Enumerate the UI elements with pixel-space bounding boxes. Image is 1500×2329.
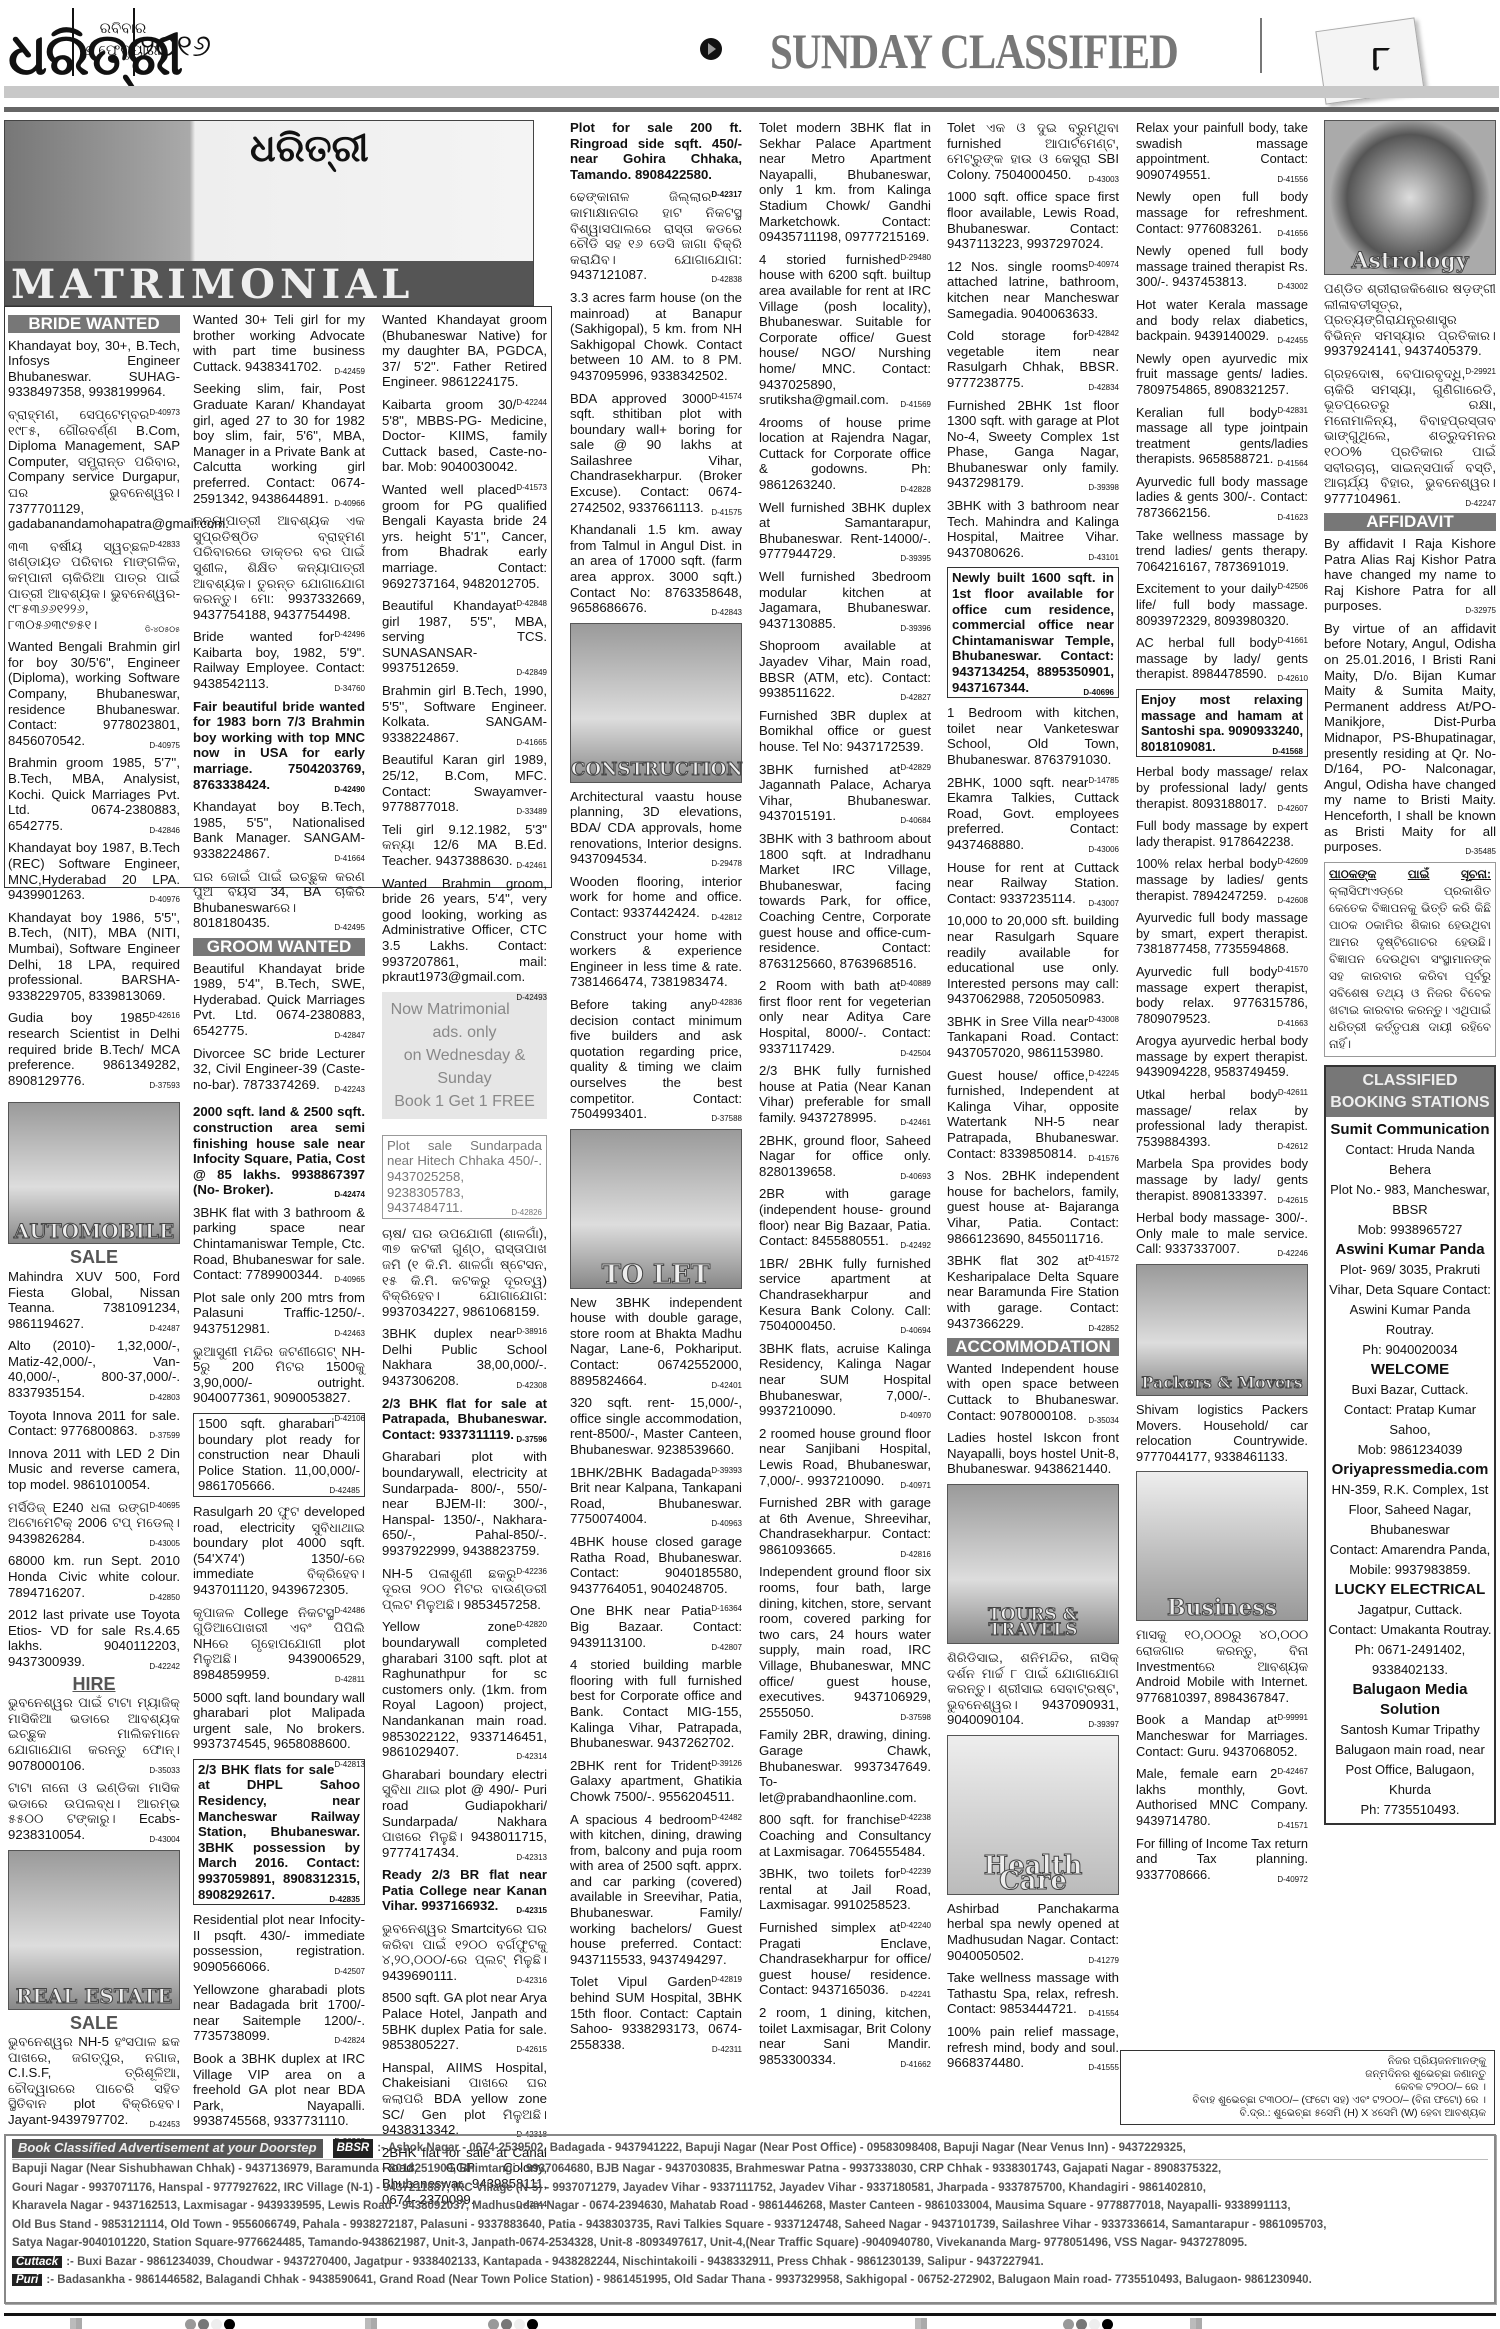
ad-id: D-42245 — [1088, 1066, 1119, 1082]
classified-ad: 3BHK flats, acruise Kalinga Residency, K… — [759, 1341, 931, 1419]
station-name: Balugaon Media Solution — [1328, 1680, 1492, 1720]
ad-id: D-42240 — [900, 1918, 931, 1934]
ad-text: Arogya ayurvedic herbal body massage by … — [1136, 1033, 1308, 1079]
ad-id: D-41572 — [1088, 1251, 1119, 1267]
ad-id: D-29921 — [1465, 364, 1496, 380]
classified-ad: Ready 2/3 BR flat near Patia College nea… — [382, 1867, 547, 1914]
classified-ad: Hanspal, AIIMS Hospital, Chakeisiani ପାଖ… — [382, 2060, 547, 2138]
classified-ad: Hot water Kerala massage and body relax … — [1136, 297, 1308, 344]
station-name: LUCKY ELECTRICAL — [1328, 1580, 1492, 1600]
ad-id: D-42315 — [516, 1903, 547, 1919]
station-detail: Mobile: 9937983859. — [1328, 1560, 1492, 1580]
classified-ad: 4 storied building marble flooring with … — [570, 1657, 742, 1751]
ad-id: ଡି-୪୦୫୦୫ — [145, 622, 180, 638]
classified-ad: Independent ground floor six rooms, four… — [759, 1564, 931, 1720]
ad-text: Architectural vaastu house planning, 3D … — [570, 789, 742, 866]
classified-ad: 2/3 BHK flats for sale at DHPL Sahoo Res… — [193, 1759, 365, 1905]
ad-id: D-42819 — [711, 1972, 742, 1988]
ad-id: D-42838 — [711, 272, 742, 288]
play-arrow-icon — [700, 38, 722, 60]
hire-heading: HIRE — [8, 1677, 180, 1693]
ad-id: D-41573 — [516, 480, 547, 496]
station-detail: Balugaon main road, near Post Office, Ba… — [1328, 1740, 1492, 1800]
classified-ad: ଭୁବନେଶ୍ୱର NH-5 ହଂସପାଳ ଛକ ପାଖରେ, ଜଗତ୍ପୁର,… — [8, 2034, 180, 2128]
ad-text: କନ୍ୟାପାତ୍ରୀ ଆବଶ୍ୟକ ଏକ ସୁପ୍ରତିଷ୍ଠିତ ବ୍ରାହ… — [193, 513, 365, 622]
station-detail: Contact: Pratap Kumar Sahoo, — [1328, 1400, 1492, 1440]
classified-ad: By virtue of an affidavit before Notary,… — [1324, 621, 1496, 855]
classified-ad: Teli girl 9.12.1982, 5'3" କନ୍ୟା 12/6 MA … — [382, 822, 547, 869]
ad-id: D-43003 — [1088, 172, 1119, 188]
astrology-image: Astrology — [1324, 120, 1496, 275]
classified-ad: ଗ୍ରହଦୋଷ, ବେପାରବୃଦ୍ଧି, ଚାକିରି ସମସ୍ୟା, ଗୁଣ… — [1324, 366, 1496, 506]
classified-ad: Gharabari boundary electri ସୁବିଧା ଥାଇ pl… — [382, 1767, 547, 1861]
ad-id: D-42490 — [334, 782, 365, 798]
classified-ad: Ayurvedic full body massage ladies & gen… — [1136, 474, 1308, 521]
ad-id: D-42812 — [711, 910, 742, 926]
classified-ad: 3BHK flat with 3 bathroom & parking spac… — [193, 1205, 365, 1283]
ad-id: D-40696 — [1083, 685, 1114, 701]
classified-ad: Shoproom available at Jayadev Vihar, Mai… — [759, 638, 931, 700]
ad-id: D-39395 — [900, 551, 931, 567]
ad-id: D-42455 — [1277, 333, 1308, 349]
decor-square-icon — [1190, 2318, 1202, 2329]
ad-text: Family 2BR, drawing, dining. Garage Chaw… — [759, 1727, 931, 1804]
greetings-note: ନିଜର ପ୍ରିୟଜନମାନଙ୍କୁ ଜନ୍ମଦିନର ଶୁଭେଚ୍ଛା ଜଣ… — [1120, 2050, 1495, 2125]
ad-text: 3 Nos. 2BHK independent house for bachel… — [947, 1168, 1119, 1245]
ad-text: Newly open ayurvedic mix fruit massage g… — [1136, 351, 1308, 397]
column-8: Astrology ପଣ୍ଡିତ ଶ୍ରୀରାଜକିଶୋର ଷଡ଼ଙ୍ଗୀ ଲୀ… — [1324, 120, 1496, 1825]
ad-text: Fair beautiful bride wanted for 1983 bor… — [193, 699, 365, 792]
classified-ad: Ayurvedic full body massage by smart, ex… — [1136, 910, 1308, 957]
ad-id: D-42461 — [900, 1115, 931, 1131]
ad-id: D-42824 — [334, 2033, 365, 2049]
classified-ad: 5000 sqft. land boundary wall gharabari … — [193, 1690, 365, 1752]
classified-ad: Architectural vaastu house planning, 3D … — [570, 789, 742, 867]
classified-ad: Khandayat boy 1986, 5'5'', B.Tech, (NIT)… — [8, 910, 180, 1004]
decor-square-icon — [915, 2318, 927, 2329]
ad-text: Khandayat boy, 30+, B.Tech, Infosys Engi… — [8, 338, 180, 400]
classified-ad: 4BHK house closed garage Ratha Road, Bhu… — [570, 1534, 742, 1596]
banner-label: MATRIMONIAL — [5, 261, 533, 305]
ad-id: D-42314 — [516, 1749, 547, 1765]
classified-ad: Newly opened full body massage trained t… — [1136, 243, 1308, 290]
ad-id: D-42243 — [334, 1082, 365, 1098]
ad-id: D-41555 — [1088, 2060, 1119, 2076]
classified-ad: Newly open ayurvedic mix fruit massage g… — [1136, 351, 1308, 398]
classified-ad: Full body massage by expert lady therapi… — [1136, 818, 1308, 849]
classified-ad: 2000 sqft. land & 2500 sqft. constructio… — [193, 1104, 365, 1198]
ad-id: D-42842 — [1088, 326, 1119, 342]
ad-id: D-43008 — [1088, 1012, 1119, 1028]
ad-id: D-29478 — [711, 856, 742, 872]
ad-id: D-39397 — [1088, 1717, 1119, 1733]
classified-ad: Residential plot near Infocity-II psqft.… — [193, 1912, 365, 1974]
ad-text: 2/3 BHK flats for sale at DHPL Sahoo Res… — [198, 1762, 360, 1902]
ad-id: D-42461 — [516, 858, 547, 874]
ad-text: 4BHK house closed garage Ratha Road, Bhu… — [570, 1534, 742, 1596]
ad-id: D-41665 — [516, 735, 547, 751]
column-4: Plot for sale 200 ft. Ringroad side sqft… — [570, 120, 742, 2059]
classified-ad: ଢେଙ୍କାନାଳ ଜିଲ୍ଲାର କାମାକ୍ଷାନଗର ହାଟ ନିକଟସ୍… — [570, 189, 742, 283]
ad-id: D-42492 — [900, 1238, 931, 1254]
classified-ad: Khandayat boy, 30+, B.Tech, Infosys Engi… — [8, 338, 180, 400]
ad-id: D-40695 — [149, 1498, 180, 1514]
classified-ad: Fair beautiful bride wanted for 1983 bor… — [193, 699, 365, 793]
ad-id: D-41574 — [711, 389, 742, 405]
banner-brand: ଧରିତ୍ରୀ — [250, 125, 369, 171]
classified-ad: Construct your home with workers & exper… — [570, 928, 742, 990]
classified-ad: Book a 3BHK duplex at IRC Village VIP ar… — [193, 2051, 365, 2129]
ad-id: D-42486 — [334, 1603, 365, 1619]
divider — [133, 8, 135, 76]
booking-stations-heading: CLASSIFIED BOOKING STATIONS — [1326, 1067, 1494, 1117]
ad-id: D-42467 — [1277, 1764, 1308, 1780]
ad-id: D-42852 — [1088, 1321, 1119, 1337]
classified-ad: Mahindra XUV 500, Ford Fiesta Global, Ni… — [8, 1269, 180, 1331]
ad-id: D-40889 — [900, 976, 931, 992]
station-detail: Contact: Umakanta Routray. Ph: 0671-2491… — [1328, 1620, 1492, 1680]
ad-text: Guest house/ office, furnished, Independ… — [947, 1068, 1119, 1161]
ad-text: Gharabari boundary electri ସୁବିଧା ଥାଇ pl… — [382, 1767, 547, 1860]
ad-text: Shivam logistics Packers Movers. Househo… — [1136, 1402, 1308, 1464]
ad-text: Gharabari plot with boundarywall, electr… — [382, 1449, 547, 1558]
ad-id: D-40963 — [711, 1516, 742, 1532]
ad-id: D-35033 — [149, 1763, 180, 1779]
classified-ad: 3BHK with 3 bathroom near Tech. Mahindra… — [947, 498, 1119, 560]
ad-id: D-42829 — [900, 760, 931, 776]
ad-id: D-16364 — [711, 1601, 742, 1617]
ad-id: D-43006 — [1088, 842, 1119, 858]
ad-id: D-42610 — [1277, 671, 1308, 687]
classified-ad: Furnished 2BR with garage at 6th Avenue,… — [759, 1495, 931, 1557]
ad-id: D-41564 — [1277, 456, 1308, 472]
ad-text: ପଣ୍ଡିତ ଶ୍ରୀରାଜକିଶୋର ଷଡ଼ଙ୍ଗୀ ଲୀଳାବତୀସୂତ୍ର… — [1324, 281, 1496, 358]
year: ୨୦୧୬ — [140, 30, 211, 64]
ad-id: D-42607 — [1277, 801, 1308, 817]
footer-line: Ashok Nagar - 0674-2539502, Badagada - 9… — [388, 2139, 1186, 2158]
ad-id: D-37593 — [149, 1078, 180, 1094]
classified-ad: ଚାଷ/ ଘର ଉପଯୋଗୀ (ଶାଳଗାଁ), ୩୭ କଟକୀ ଗୁଣ୍ଠ, … — [382, 1226, 547, 1320]
ad-id: D-40684 — [900, 813, 931, 829]
ad-text: 3BHK with 3 bathroom about 1800 sqft. at… — [759, 831, 931, 971]
decor-square-icon — [70, 2318, 82, 2329]
ad-text: ଗ୍ରହଦୋଷ, ବେପାରବୃଦ୍ଧି, ଚାକିରି ସମସ୍ୟା, ଗୁଣ… — [1324, 366, 1496, 506]
column-1: BRIDE WANTED Khandayat boy, 30+, B.Tech,… — [8, 312, 180, 2135]
ad-id: D-42816 — [900, 1547, 931, 1563]
ad-id: D-42308 — [516, 1378, 547, 1394]
ad-text: 4 storied building marble flooring with … — [570, 1657, 742, 1750]
ad-id: D-38916 — [516, 1324, 547, 1340]
ad-id: D-42612 — [1277, 1139, 1308, 1155]
classified-ad: Ladies hostel Iskcon front Nayapalli, bo… — [947, 1430, 1119, 1477]
ad-text: 1500 sqft. gharabari boundary plot ready… — [198, 1416, 360, 1493]
automobile-image: AUTOMOBILE — [8, 1102, 180, 1244]
ad-id: D-42244 — [516, 395, 547, 411]
classified-ad: Divorcee SC bride Lecturer 32, Civil Eng… — [193, 1046, 365, 1093]
classified-ad: Furnished 3BR duplex at Bomikhal office … — [759, 708, 931, 755]
ad-text: ୩୩ ବର୍ଷୀୟ ସ୍ୱଚ୍ଛଳ ଖଣ୍ଡାୟତ ପରିବାର ମାଙ୍ଗଳି… — [8, 539, 180, 632]
classified-ad: 2/3 BHK fully furnished house at Patia (… — [759, 1063, 931, 1125]
classified-ad: BDA approved 3000 sqft. sthitiban plot w… — [570, 391, 742, 516]
matrimonial-promo: Now Matrimonial ads. only on Wednesday &… — [382, 992, 547, 1119]
classified-ad: 10,000 to 20,000 sft. building near Rasu… — [947, 913, 1119, 1007]
ad-id: D-42463 — [334, 1326, 365, 1342]
ad-id: D-42496 — [334, 627, 365, 643]
ad-text: Wanted Brahmin groom, bride 26 years, 5'… — [382, 876, 547, 985]
ad-text: Tolet modern 3BHK flat in Sekhar Palace … — [759, 120, 931, 244]
classified-ad: ପଣ୍ଡିତ ଶ୍ରୀରାଜକିଶୋର ଷଡ଼ଙ୍ଗୀ ଲୀଳାବତୀସୂତ୍ର… — [1324, 281, 1496, 359]
classified-ad: ଘର ଜୋଇଁ ପାଇଁ ଇଚ୍ଛୁକ କରଣ ପୁଅ ବୟସ 34, BA ଚ… — [193, 869, 365, 931]
ad-text: Take wellness massage by trend ladies/ g… — [1136, 528, 1308, 574]
ad-id: D-42813 — [334, 1757, 365, 1773]
ad-text: Plot sale Sundarpada near Hitech Chhaka … — [387, 1138, 542, 1215]
station-detail: HN-359, R.K. Complex, 1st Floor, Saheed … — [1328, 1480, 1492, 1540]
ad-id: D-42239 — [900, 1864, 931, 1880]
ad-id: D-42846 — [149, 823, 180, 839]
classified-ad: Seeking slim, fair, Post Graduate Karan/… — [193, 381, 365, 506]
business-image: Business — [1136, 1471, 1308, 1621]
ad-text: By virtue of an affidavit before Notary,… — [1324, 621, 1496, 854]
station-detail: Mob: 9938965727 — [1328, 1220, 1492, 1240]
ad-id: D-42850 — [149, 1590, 180, 1606]
classified-ad: By affidavit I Raja Kishore Patra Alias … — [1324, 536, 1496, 614]
station-detail: Contact: Amarendra Panda, — [1328, 1540, 1492, 1560]
ad-id: D-40971 — [900, 1478, 931, 1494]
station-name: Oriyapressmedia.com — [1328, 1460, 1492, 1480]
ad-id: D-41575 — [711, 505, 742, 521]
classified-ad: Khandayat boy B.Tech, 1985, 5'5", Nation… — [193, 799, 365, 861]
notice-text: କ୍ଲାସିଫାଏଡ୍‌ରେ ପ୍ରକାଶିତ କେତେକ ବିଜ୍ଞାପନକୁ… — [1329, 883, 1491, 1053]
column-6: Tolet ଏକ ଓ ଦୁଇ ବ୍ରୁମ୍‌ଥିବା furnished ଆପା… — [947, 120, 1119, 2078]
classified-ad: Plot for sale 200 ft. Ringroad side sqft… — [570, 120, 742, 182]
ad-text: ମାସକୁ ୧୦,୦୦୦ରୁ ୪୦,୦୦୦ ରୋଜଗାର କରନ୍ତୁ, ବିନ… — [1136, 1627, 1308, 1704]
booking-stations: CLASSIFIED BOOKING STATIONS Sumit Commun… — [1324, 1065, 1496, 1825]
book-label: Book Classified Advertisement at your Do… — [12, 2139, 323, 2158]
ad-id: D-40972 — [1277, 1872, 1308, 1888]
classified-ad: ଟାଟା ନାନୋ ଓ ଇଣ୍ଡିକା ମାସିକ ଭଡାରେ ଉପଲବ୍ଧ। … — [8, 1780, 180, 1842]
classified-ad: 1BR/ 2BHK fully furnished service apartm… — [759, 1256, 931, 1334]
ad-id: D-42238 — [900, 1810, 931, 1826]
to-let-image: TO LET — [570, 1129, 742, 1289]
ad-text: ଭୁଆସୁଣୀ ମନ୍ଦିର ଜଟଣୀଗେଟ୍ NH-5ରୁ 200 ମିଟର … — [193, 1344, 365, 1406]
classified-ad: Brahmin groom 1985, 5'7'', B.Tech, MBA, … — [8, 755, 180, 833]
ad-id: D-41554 — [1088, 2006, 1119, 2022]
classified-ad: Wanted Brahmin groom, bride 26 years, 5'… — [382, 876, 547, 985]
classified-ad: Yellowzone gharabadi plots near Badagada… — [193, 1982, 365, 2044]
ad-id: D-42485 — [329, 1483, 360, 1499]
classified-ad: Wooden flooring, interior work for home … — [570, 874, 742, 921]
ad-id: D-40974 — [1088, 257, 1119, 273]
ad-id: D-35485 — [1465, 844, 1496, 860]
ad-text: By affidavit I Raja Kishore Patra Alias … — [1324, 536, 1496, 613]
classified-ad: Well furnished 3BHK duplex at Samantarap… — [759, 500, 931, 562]
ad-text: Yellow zone boundarywall completed ghara… — [382, 1619, 547, 1759]
accommodation-heading: ACCOMMODATION — [947, 1338, 1119, 1356]
tours-travels-image: TOURS & TRAVELS — [947, 1484, 1119, 1644]
real-estate-image: REAL ESTATE — [8, 1850, 180, 2010]
ad-text: Rasulgarh 20 ଫୁଟ developed road, electri… — [193, 1504, 365, 1597]
ad-id: D-42820 — [516, 1617, 547, 1633]
classified-ad: 320 sqft. rent- 15,000/-, office single … — [570, 1395, 742, 1457]
column-7: Relax your painfull body, take swadish m… — [1136, 120, 1308, 1889]
ad-id: D-40965 — [334, 1272, 365, 1288]
ad-id: D-40973 — [149, 405, 180, 421]
classified-ad: ଭୁବନେଶ୍ୱର Smartcityରେ ଘର କରିବା ପାଇଁ ୧୨୦୦… — [382, 1921, 547, 1983]
ad-id: D-39396 — [900, 621, 931, 637]
ad-text: Hanspal, AIIMS Hospital, Chakeisiani ପାଖ… — [382, 2060, 547, 2137]
station-detail: Santosh Kumar Tripathy — [1328, 1720, 1492, 1740]
ad-id: D-42236 — [516, 1564, 547, 1580]
ad-id: D-42849 — [516, 665, 547, 681]
ad-id: D-39126 — [711, 1756, 742, 1772]
ad-text: 3BHK flats, acruise Kalinga Residency, K… — [759, 1341, 931, 1418]
ad-text: 4rooms of house prime location at Rajend… — [759, 415, 931, 492]
ad-id: D-41569 — [900, 397, 931, 413]
classified-ad: Tolet ଏକ ଓ ଦୁଇ ବ୍ରୁମ୍‌ଥିବା furnished ଆପା… — [947, 120, 1119, 182]
ad-text: Full body massage by expert lady therapi… — [1136, 818, 1308, 849]
ad-text: Khandanali 1.5 km. away from Talmul in A… — [570, 522, 742, 615]
ad-text: Furnished 3BR duplex at Bomikhal office … — [759, 708, 931, 754]
ad-id: D-42495 — [334, 920, 365, 936]
classified-ad: 4rooms of house prime location at Rajend… — [759, 415, 931, 493]
ad-text: Innova 2011 with LED 2 Din Music and rev… — [8, 1446, 180, 1492]
station-detail: Plot No.- 983, Mancheswar, BBSR — [1328, 1180, 1492, 1220]
ad-text: BDA approved 3000 sqft. sthitiban plot w… — [570, 391, 742, 515]
ad-text: Plot for sale 200 ft. Ringroad side sqft… — [570, 120, 742, 182]
ad-id: D-37598 — [900, 1710, 931, 1726]
ad-text: Before taking any decision contact minim… — [570, 997, 742, 1121]
ad-id: D-34760 — [334, 681, 365, 697]
ad-id: D-42811 — [335, 1672, 365, 1688]
classified-ad: Wanted Independent house with open space… — [947, 1361, 1119, 1423]
ad-id: D-42474 — [334, 1187, 365, 1203]
ad-id: D-41623 — [1277, 510, 1308, 526]
ad-id: D-40970 — [900, 1408, 931, 1424]
classified-ad: 68000 km. run Sept. 2010 Honda Civic whi… — [8, 1553, 180, 1600]
ad-id: D-42506 — [1277, 579, 1308, 595]
classified-ad: Wanted Bengali Brahmin girl for boy 30/5… — [8, 639, 180, 748]
classified-ad: House for rent at Cuttack near Railway S… — [947, 860, 1119, 907]
classified-ad: Plot sale Sundarpada near Hitech Chhaka … — [382, 1135, 547, 1219]
ad-id: D-42609 — [1277, 854, 1308, 870]
classified-ad: 1 Bedroom with kitchen, toilet near Vank… — [947, 705, 1119, 767]
station-detail: Contact: Hruda Nanda Behera — [1328, 1140, 1492, 1180]
cuttack-line: Cuttack:- Buxi Bazar - 9861234039, Choud… — [12, 2253, 1488, 2272]
classified-ad: Take wellness massage with Tathastu Spa,… — [947, 1970, 1119, 2017]
classified-ad: Newly built 1600 sqft. in 1st floor avai… — [947, 567, 1119, 698]
ad-text: 4 storied furnished house with 6200 sqft… — [759, 252, 931, 407]
ad-id: D-42843 — [711, 605, 742, 621]
ad-id: D-42833 — [149, 537, 180, 553]
ad-id: D-43101 — [1088, 550, 1119, 566]
ad-id: D-42401 — [711, 1378, 742, 1394]
ad-text: Wanted well placed groom for PG qualifie… — [382, 482, 547, 591]
ad-id: D-42828 — [900, 482, 931, 498]
classified-ad: 2 roomed house ground floor near Sanjiba… — [759, 1426, 931, 1488]
ad-id: D-42616 — [149, 1008, 180, 1024]
ad-text: Brahmin groom 1985, 5'7'', B.Tech, MBA, … — [8, 755, 180, 832]
footer-line: Satya Nagar-9040101220, Station Square-9… — [12, 2234, 1488, 2253]
ad-id: D-37596 — [516, 1432, 547, 1448]
classified-ad: Brahmin girl B.Tech, 1990, 5'5'', Softwa… — [382, 683, 547, 745]
classified-ad: Newly open full body massage for refresh… — [1136, 189, 1308, 236]
ad-id: D-37599 — [149, 1428, 180, 1444]
classified-ad: Rasulgarh 20 ଫୁଟ developed road, electri… — [193, 1504, 365, 1598]
ad-text: 1000 sqft. office space first floor avai… — [947, 189, 1119, 251]
ad-id: D-42453 — [149, 2117, 180, 2133]
station-detail: Ph: 9040020034 — [1328, 1340, 1492, 1360]
page-number: ୮ — [1372, 40, 1390, 79]
decor-dots-icon — [488, 2319, 538, 2329]
ad-text: Wanted Khandayat groom (Bhubaneswar Nati… — [382, 312, 547, 389]
ad-id: D-42313 — [516, 1850, 547, 1866]
ad-id: D-40694 — [900, 1323, 931, 1339]
ad-text: 5000 sqft. land boundary wall gharabari … — [193, 1690, 365, 1752]
ad-text: Book a 3BHK duplex at IRC Village VIP ar… — [193, 2051, 365, 2128]
ad-id: D-41663 — [1277, 1016, 1308, 1032]
classified-ad: 2BR with garage (independent house- grou… — [759, 1186, 931, 1248]
station-name: Sumit Communication — [1328, 1120, 1492, 1140]
ad-text: 1 Bedroom with kitchen, toilet near Vank… — [947, 705, 1119, 767]
ad-id: D-42608 — [1277, 893, 1308, 909]
ad-id: D-42611 — [1278, 1085, 1308, 1101]
ad-id: D-42615 — [1277, 1193, 1308, 1209]
ad-id: D-42803 — [149, 1390, 180, 1406]
column-2: Wanted 30+ Teli girl for my brother work… — [193, 312, 365, 2150]
classified-ad: A spacious 4 bedroom with kitchen, dinin… — [570, 1812, 742, 1968]
ad-text: Ladies hostel Iskcon front Nayapalli, bo… — [947, 1430, 1119, 1476]
ad-id: D-42317 — [711, 187, 742, 203]
station-detail: Jagatpur, Cuttack. — [1328, 1600, 1492, 1620]
classified-ad: Before taking any decision contact minim… — [570, 997, 742, 1122]
ad-text: Newly built 1600 sqft. in 1st floor avai… — [952, 570, 1114, 694]
station-detail: Plot- 969/ 3035, Prakruti Vihar, Deta Sq… — [1328, 1260, 1492, 1340]
divider — [72, 8, 74, 76]
ad-id: D-42827 — [900, 690, 931, 706]
classified-ad: ବ୍ରାହ୍ମଣ, ସେପ୍ଟେମ୍ବର ୧୯୮୫, ଗୌରବର୍ଣ୍ଣ B.C… — [8, 407, 180, 532]
ad-id: D-42834 — [1088, 380, 1119, 396]
classified-ad: 2/3 BHK flat for sale at Patrapada, Bhub… — [382, 1396, 547, 1443]
ad-id: D-42835 — [329, 1892, 360, 1908]
groom-wanted-heading: GROOM WANTED — [193, 938, 365, 956]
classified-ad: Take wellness massage by trend ladies/ g… — [1136, 528, 1308, 575]
classified-ad: ଭୁବନେଶ୍ୱର ପାଇଁ ଟାଟା ମ୍ୟାଜିକ୍ ମାସିକିଆ ଭଡା… — [8, 1695, 180, 1773]
ad-id: D-42316 — [516, 1973, 547, 1989]
puri-line: Puri:- Badasankha - 9861446582, Balagand… — [12, 2271, 1488, 2290]
classified-ad: 2012 last private use Toyota Etios- VD f… — [8, 1607, 180, 1669]
classified-ad: Guest house/ office, furnished, Independ… — [947, 1068, 1119, 1162]
classified-ad: Wanted 30+ Teli girl for my brother work… — [193, 312, 365, 374]
ad-id: D-41570 — [1277, 962, 1308, 978]
classified-ad: ଭୁଆସୁଣୀ ମନ୍ଦିର ଜଟଣୀଗେଟ୍ NH-5ରୁ 200 ମିଟର … — [193, 1344, 365, 1406]
classified-ad: Marbela Spa provides body massage by lad… — [1136, 1156, 1308, 1203]
classified-ad: Alto (2010)- 1,32,000/-, Matiz-42,000/-,… — [8, 1338, 180, 1400]
ad-text: ଭୁବନେଶ୍ୱର NH-5 ହଂସପାଳ ଛକ ପାଖରେ, ଜଗତ୍ପୁର,… — [8, 2034, 180, 2127]
ad-id: D-42106 — [334, 1411, 365, 1427]
ad-id: D-42826 — [511, 1205, 542, 1221]
classified-ad: ଶିରିଡିସାଇ, ଶନିମନ୍ଦିର, ନାସିକ୍ ଦର୍ଶନ ମାର୍ଚ… — [947, 1650, 1119, 1728]
bride-wanted-heading: BRIDE WANTED — [8, 315, 180, 333]
affidavit-heading: AFFIDAVIT — [1324, 513, 1496, 531]
ad-text: 3.3 acres farm house (on the mainroad) a… — [570, 290, 742, 383]
decor-square-icon — [365, 2318, 377, 2329]
matrimonial-banner: ଧରିତ୍ରୀ MATRIMONIAL — [4, 120, 534, 306]
classified-ad: Innova 2011 with LED 2 Din Music and rev… — [8, 1446, 180, 1493]
ad-text: New 3BHK independent house with double g… — [570, 1295, 742, 1388]
classified-ad: Beautiful Khandayat bride 1989, 5'4'', B… — [193, 961, 365, 1039]
footer-line: Gouri Nagar - 9937071176, Hanspal - 9777… — [12, 2179, 1488, 2198]
station-name: Aswini Kumar Panda — [1328, 1240, 1492, 1260]
